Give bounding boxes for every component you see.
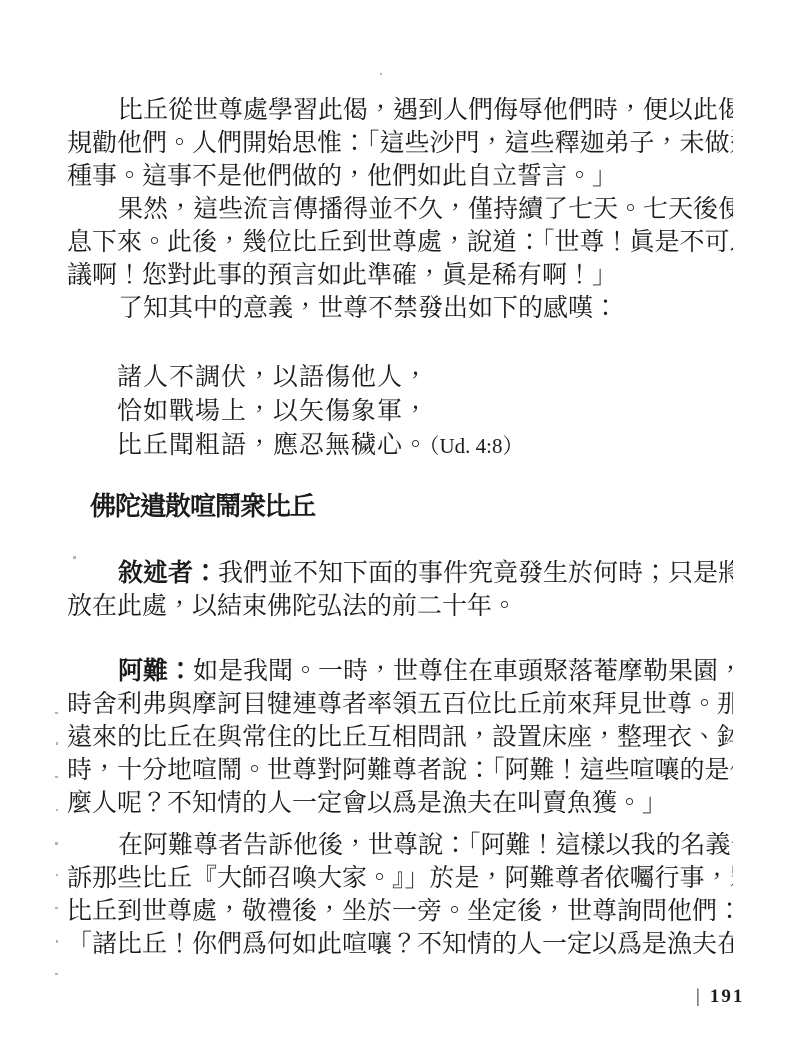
page-number-value: 191 [710,986,745,1007]
text-line: 敘述者：我們並不知下面的事件究竟發生於何時；只是將它 [67,557,733,590]
page-number: |191 [696,986,744,1008]
speaker-text: 如是我聞。一時，世尊住在車頭聚落菴摩勒果園，那 [193,658,733,685]
paragraph-rumor-subsides: 果然，這些流言傳播得並不久，僅持續了七天。七天後便平 息下來。此後，幾位比丘到世… [67,193,733,292]
verse-line: 諸人不調伏，以語傷他人， [117,361,733,395]
text-line: 議啊！您對此事的預言如此準確，眞是稀有啊！」 [67,259,733,292]
text-line: 訴那些比丘『大師召喚大家。』」於是，阿難尊者依囑行事，眾 [67,862,733,895]
speaker-text: 我們並不知下面的事件究竟發生於何時；只是將它 [218,560,733,587]
paragraph-exclamation-intro: 了知其中的意義，世尊不禁發出如下的感嘆： [67,292,733,325]
verse-block: 諸人不調伏，以語傷他人， 恰如戰場上，以矢傷象軍， 比丘聞粗語，應忍無穢心。（U… [117,361,733,463]
folio-separator: | [696,986,701,1007]
verse-line-with-citation: 比丘聞粗語，應忍無穢心。（Ud. 4:8） [117,429,733,463]
text-line: 時舍利弗與摩訶目犍連尊者率領五百位比丘前來拜見世尊。那些 [67,688,733,721]
verse-line: 恰如戰場上，以矢傷象軍， [117,395,733,429]
text-line: 在阿難尊者告訴他後，世尊說：「阿難！這樣以我的名義告 [67,829,733,862]
text-line: 比丘到世尊處，敬禮後，坐於一旁。坐定後，世尊詢問他們： [67,895,733,928]
paragraph-summons: 在阿難尊者告訴他後，世尊說：「阿難！這樣以我的名義告 訴那些比丘『大師召喚大家。… [67,829,733,961]
book-page: 比丘從世尊處學習此偈，遇到人們侮辱他們時，便以此偈 規勸他們。人們開始思惟：「這… [0,0,792,1056]
text-line: 遠來的比丘在與常住的比丘互相問訊，設置床座，整理衣、鉢 [67,721,733,754]
paragraph-narrator: 敘述者：我們並不知下面的事件究竟發生於何時；只是將它 放在此處，以結束佛陀弘法的… [67,557,733,623]
paragraph-ananda: 阿難：如是我聞。一時，世尊住在車頭聚落菴摩勒果園，那 時舍利弗與摩訶目犍連尊者率… [67,655,733,820]
speaker-label-ananda: 阿難： [118,658,193,685]
text-column: 比丘從世尊處學習此偈，遇到人們侮辱他們時，便以此偈 規勸他們。人們開始思惟：「這… [67,94,733,961]
verse-citation: （Ud. 4:8） [429,434,524,458]
text-line: 規勸他們。人們開始思惟：「這些沙門，這些釋迦弟子，未做這 [67,127,733,160]
speaker-label-narrator: 敘述者： [118,560,218,587]
text-line: 阿難：如是我聞。一時，世尊住在車頭聚落菴摩勒果園，那 [67,655,733,688]
text-line: 果然，這些流言傳播得並不久，僅持續了七天。七天後便平 [67,193,733,226]
text-line: 比丘從世尊處學習此偈，遇到人們侮辱他們時，便以此偈 [67,94,733,127]
verse-line-text: 比丘聞粗語，應忍無穢心。 [117,432,429,459]
section-heading: 佛陀遣散喧鬧衆比丘 [90,489,733,529]
text-line: 種事。這事不是他們做的，他們如此自立誓言。」 [67,160,733,193]
text-line: 時，十分地喧鬧。世尊對阿難尊者說：「阿難！這些喧嚷的是什 [67,754,733,787]
text-line: 了知其中的意義，世尊不禁發出如下的感嘆： [67,292,733,325]
text-line: 麼人呢？不知情的人一定會以爲是漁夫在叫賣魚獲。」 [67,787,733,820]
text-line: 息下來。此後，幾位比丘到世尊處，說道：「世尊！眞是不可思 [67,226,733,259]
text-line: 「諸比丘！你們爲何如此喧嚷？不知情的人一定以爲是漁夫在叫 [67,928,733,961]
paragraph-learning-verse: 比丘從世尊處學習此偈，遇到人們侮辱他們時，便以此偈 規勸他們。人們開始思惟：「這… [67,94,733,193]
text-line: 放在此處，以結束佛陀弘法的前二十年。 [67,590,733,623]
